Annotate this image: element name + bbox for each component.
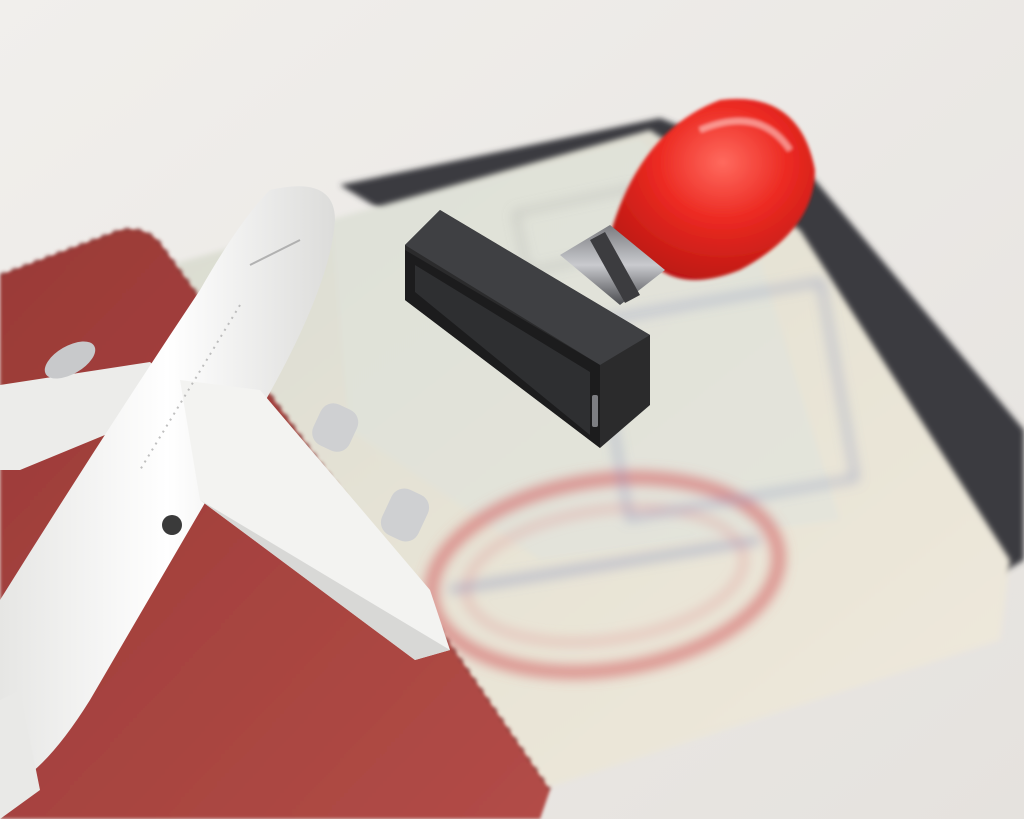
photo-scene — [0, 0, 1024, 819]
